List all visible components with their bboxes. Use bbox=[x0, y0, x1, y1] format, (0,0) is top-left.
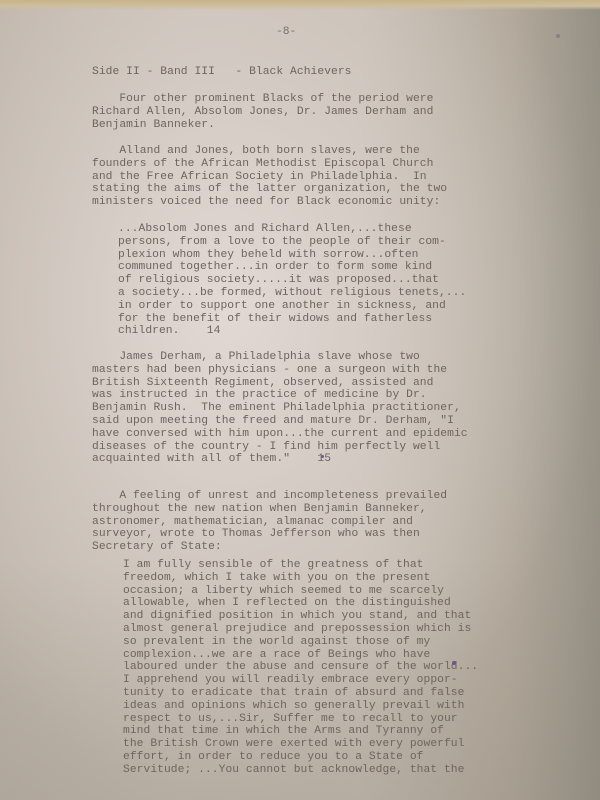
block-quote-free-african-society: ...Absolom Jones and Richard Allen,...th… bbox=[118, 223, 466, 338]
ink-dot-mark bbox=[452, 661, 456, 665]
paragraph-allen-jones: Alland and Jones, both born slaves, were… bbox=[92, 145, 447, 209]
ink-dot-mark bbox=[321, 455, 324, 458]
paragraph-banneker: A feeling of unrest and incompleteness p… bbox=[92, 490, 447, 554]
paragraph-james-derham: James Derham, a Philadelphia slave whose… bbox=[92, 351, 468, 466]
speck-mark bbox=[556, 34, 560, 38]
paragraph-prominent-blacks: Four other prominent Blacks of the perio… bbox=[92, 93, 433, 131]
paper-top-edge bbox=[0, 0, 600, 10]
document-page: -8- Side II - Band III - Black Achievers… bbox=[0, 0, 600, 800]
page-number: -8- bbox=[276, 26, 296, 38]
section-heading: Side II - Band III - Black Achievers bbox=[92, 66, 352, 79]
block-quote-banneker-letter: I am fully sensible of the greatness of … bbox=[123, 559, 478, 777]
